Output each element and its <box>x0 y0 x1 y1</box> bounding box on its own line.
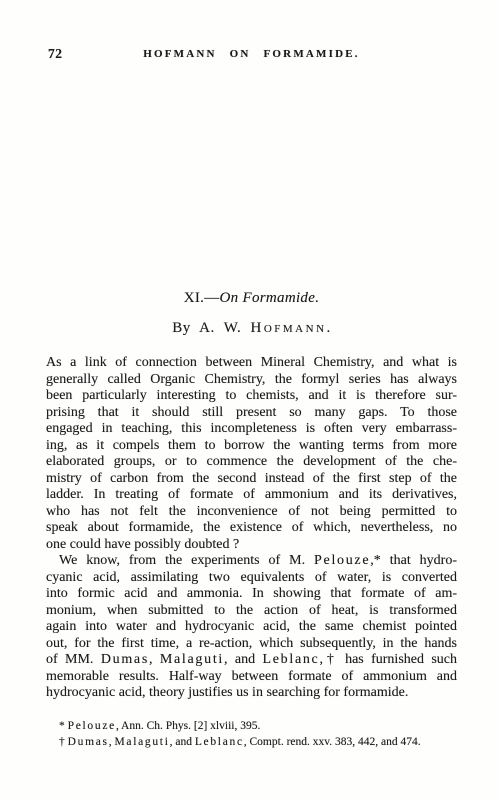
body-line: mistry of carbon from the second instead… <box>46 471 457 488</box>
body-line: generally called Organic Chemistry, the … <box>46 372 457 389</box>
footnotes: * Pelouze, Ann. Ch. Phys. [2] xlviii, 39… <box>46 719 457 750</box>
article-title: XI.—On Formamide. <box>46 290 457 307</box>
body-line: ladder. In treating of formate of ammoni… <box>46 487 457 504</box>
text-run: , <box>149 652 160 667</box>
text-run: As a link of connection between Mineral … <box>46 355 457 370</box>
person-name: Dumas <box>68 736 109 748</box>
body-text: As a link of connection between Mineral … <box>46 355 457 702</box>
footnote-marker: * <box>59 720 68 732</box>
body-line: hydrocyanic acid, theory justifies us in… <box>46 685 457 702</box>
body-line: memorable results. Half-way between form… <box>46 669 457 686</box>
article-title-prefix: XI.— <box>184 290 220 306</box>
body-line: out, for the first time, a re-action, wh… <box>46 636 457 653</box>
text-run: , and <box>224 652 262 667</box>
scanned-paper-page: 72 HOFMANN ON FORMAMIDE. XI.—On Formamid… <box>0 0 500 800</box>
body-line: prising that it should still present so … <box>46 405 457 422</box>
text-run: We know, from the experiments of M. <box>59 553 314 568</box>
body-line: We know, from the experiments of M. Pelo… <box>46 553 457 570</box>
text-run: who has not felt the inconvenience of no… <box>46 504 457 519</box>
person-name: Leblanc <box>195 736 244 748</box>
body-line: into formic acid and ammonia. In showing… <box>46 586 457 603</box>
text-run: again into water and hydrocyanic acid, t… <box>46 619 457 634</box>
text-run: elaborated groups, or to commence the de… <box>46 454 457 469</box>
text-run: into formic acid and ammonia. In showing… <box>46 586 457 601</box>
text-run: out, for the first time, a re-action, wh… <box>46 636 457 651</box>
text-run: cyanic acid, assimilating two equivalent… <box>46 570 457 585</box>
body-line: who has not felt the inconvenience of no… <box>46 504 457 521</box>
text-run: prising that it should still present so … <box>46 405 457 420</box>
text-run: , Ann. Ch. Phys. [2] xlviii, 395. <box>116 720 260 732</box>
body-line: of MM. Dumas, Malaguti, and Leblanc,† ha… <box>46 652 457 669</box>
body-line: speak about formamide, the existence of … <box>46 520 457 537</box>
article-title-name: On Formamide. <box>220 290 320 306</box>
page-header: 72 HOFMANN ON FORMAMIDE. <box>46 46 457 64</box>
footnote: * Pelouze, Ann. Ch. Phys. [2] xlviii, 39… <box>46 719 457 735</box>
footnote: † Dumas, Malaguti, and Leblanc, Compt. r… <box>46 735 457 751</box>
paragraph: We know, from the experiments of M. Pelo… <box>46 553 457 702</box>
text-run: engaged in teaching, this incompleteness… <box>46 421 457 436</box>
body-line: monium, when submitted to the action of … <box>46 603 457 620</box>
text-run: one could have possibly doubted ? <box>46 537 239 552</box>
body-line: been particularly interesting to chemist… <box>46 388 457 405</box>
person-name: Malaguti <box>114 736 169 748</box>
text-run: been particularly interesting to chemist… <box>46 388 457 403</box>
text-run: ing, as it compels them to borrow the wa… <box>46 438 457 453</box>
text-run: ,† has furnished such <box>319 652 457 667</box>
running-title: HOFMANN ON FORMAMIDE. <box>46 48 457 60</box>
text-run: monium, when submitted to the action of … <box>46 603 457 618</box>
person-name: Dumas <box>101 652 149 667</box>
text-run: generally called Organic Chemistry, the … <box>46 372 457 387</box>
body-line: ing, as it compels them to borrow the wa… <box>46 438 457 455</box>
text-run: memorable results. Half-way between form… <box>46 669 457 684</box>
person-name: Leblanc <box>262 652 319 667</box>
text-run: , and <box>170 736 195 748</box>
byline: By A. W. Hofmann. <box>46 320 457 337</box>
paragraph: As a link of connection between Mineral … <box>46 355 457 553</box>
body-line: again into water and hydrocyanic acid, t… <box>46 619 457 636</box>
text-run: ,* that hydro- <box>370 553 457 568</box>
byline-suffix: . <box>327 320 331 336</box>
text-run: ladder. In treating of formate of ammoni… <box>46 487 457 502</box>
body-line: one could have possibly doubted ? <box>46 537 457 554</box>
body-line: cyanic acid, assimilating two equivalent… <box>46 570 457 587</box>
body-line: As a link of connection between Mineral … <box>46 355 457 372</box>
person-name: Pelouze <box>68 720 116 732</box>
text-run: mistry of carbon from the second instead… <box>46 471 457 486</box>
body-line: elaborated groups, or to commence the de… <box>46 454 457 471</box>
text-run: , Compt. rend. xxv. 383, 442, and 474. <box>244 736 421 748</box>
text-run: of MM. <box>46 652 101 667</box>
text-run: speak about formamide, the existence of … <box>46 520 457 535</box>
author-surname: Hofmann <box>251 320 327 336</box>
person-name: Pelouze <box>314 553 370 568</box>
person-name: Malaguti <box>160 652 224 667</box>
body-line: engaged in teaching, this incompleteness… <box>46 421 457 438</box>
footnote-marker: † <box>59 736 68 748</box>
text-run: hydrocyanic acid, theory justifies us in… <box>46 685 408 700</box>
byline-prefix: By A. W. <box>172 320 250 336</box>
